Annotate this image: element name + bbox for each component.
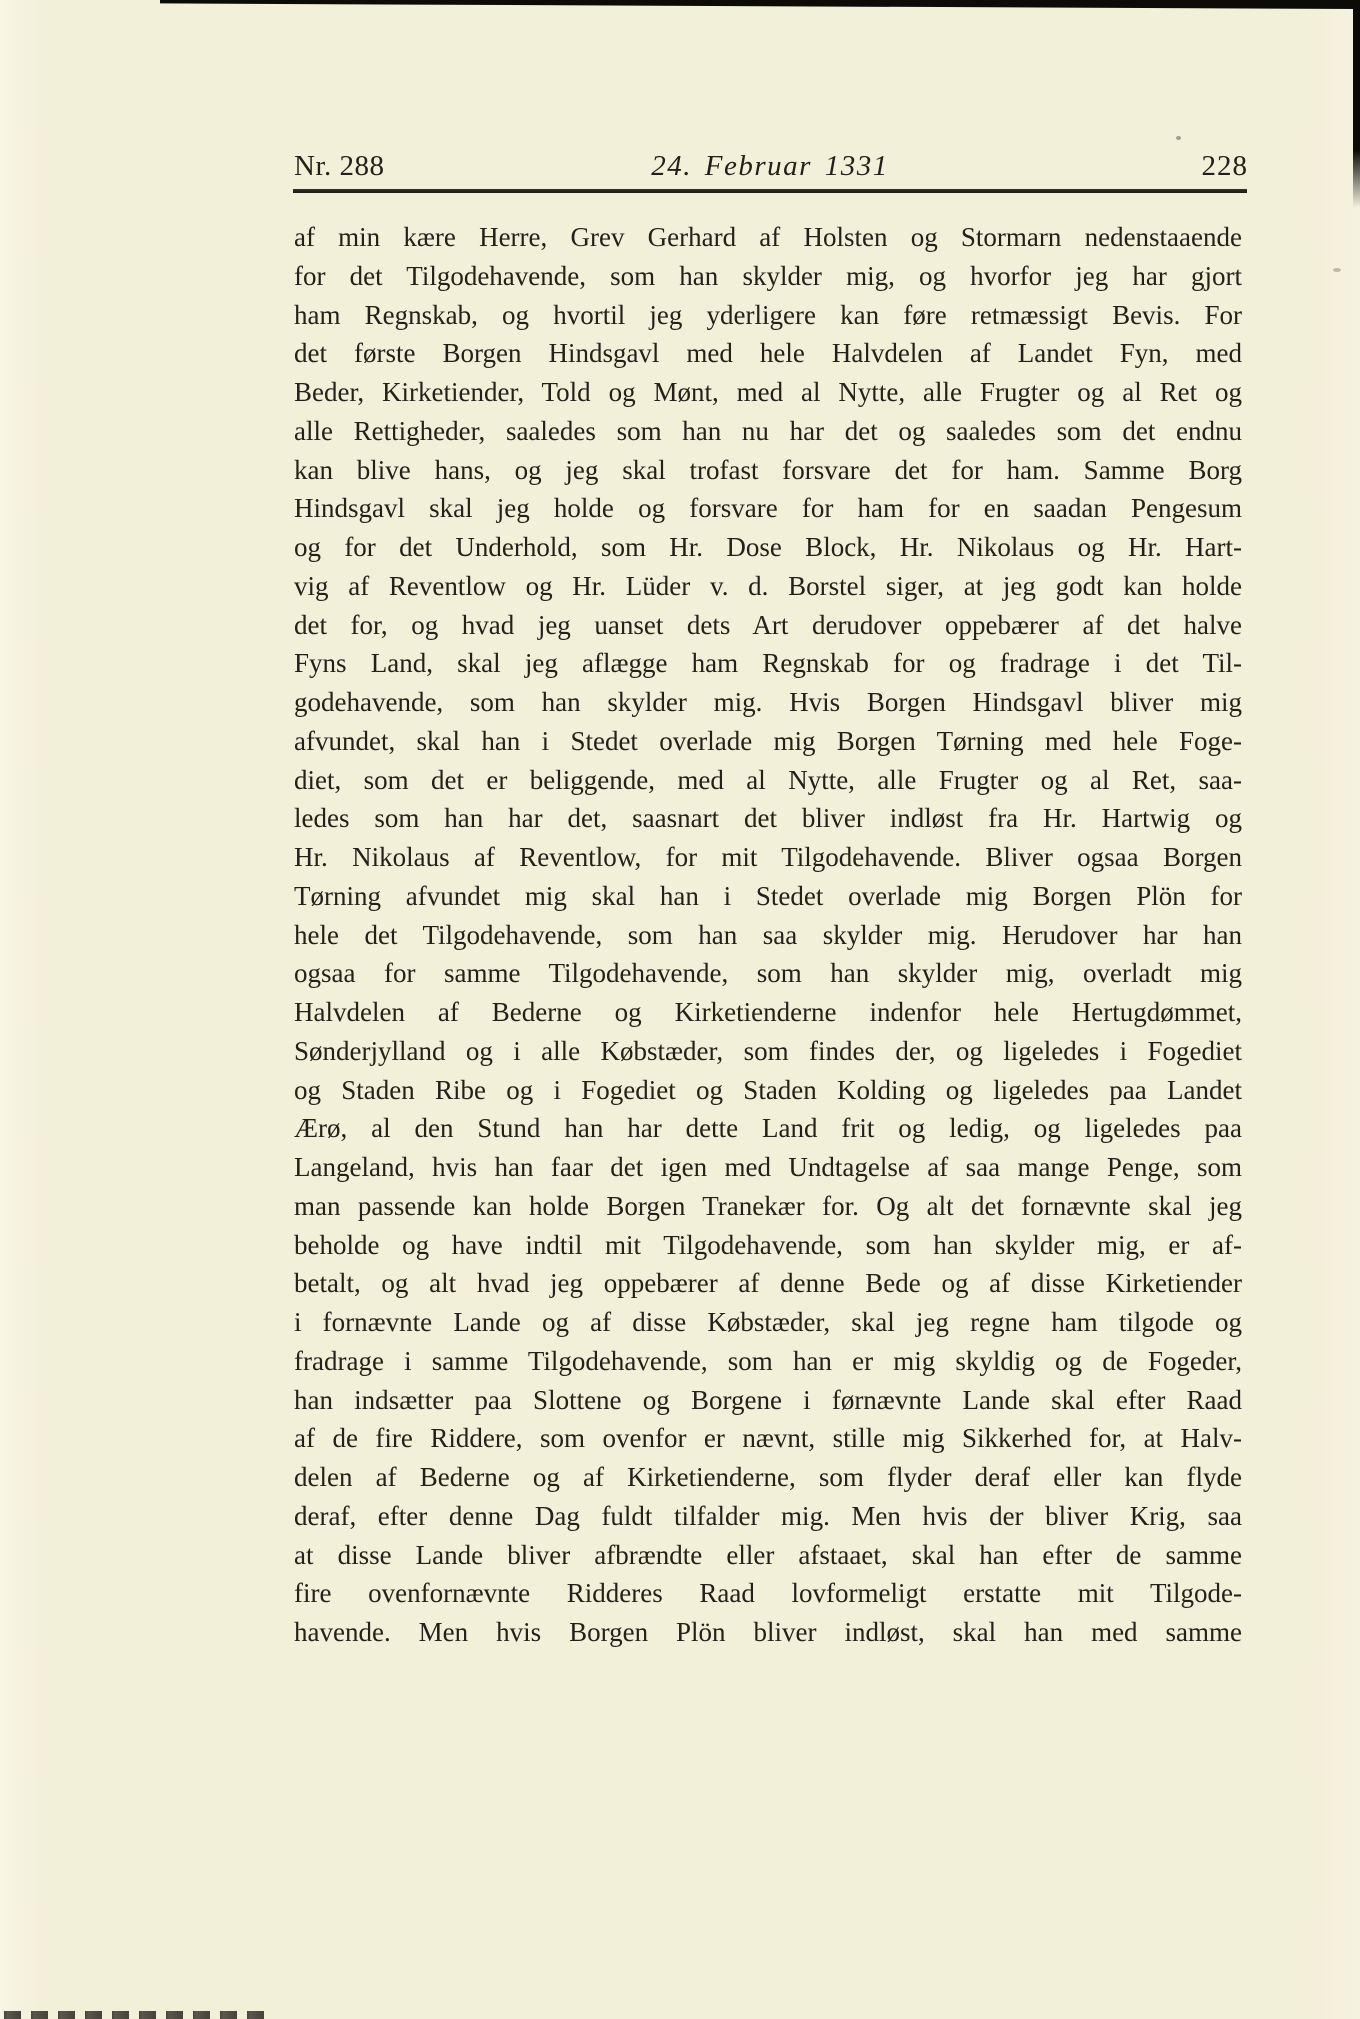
text-line: ledes som han har det, saasnart det bliv… [294,799,1242,838]
scan-edge-top-right [1353,0,1360,208]
text-line: afvundet, skal han i Stedet overlade mig… [294,722,1242,761]
document-body: af min kære Herre, Grev Gerhard af Holst… [294,218,1242,1652]
text-line: det første Borgen Hindsgavl med hele Hal… [294,334,1242,373]
text-line: Hr. Nikolaus af Reventlow, for mit Tilgo… [294,838,1242,877]
text-line: fire ovenfornævnte Ridderes Raad lovform… [294,1574,1242,1613]
text-line: kan blive hans, og jeg skal trofast fors… [294,451,1242,490]
text-line: Beder, Kirketiender, Told og Mønt, med a… [294,373,1242,412]
text-line: Halvdelen af Bederne og Kirketienderne i… [294,993,1242,1032]
text-line: i fornævnte Lande og af disse Købstæder,… [294,1303,1242,1342]
text-line: og Staden Ribe og i Fogediet og Staden K… [294,1071,1242,1110]
text-line: af de fire Riddere, som ovenfor er nævnt… [294,1419,1242,1458]
text-line: hele det Tilgodehavende, som han saa sky… [294,916,1242,955]
scan-edge-bottom-dashes [4,2011,272,2019]
scan-edge-top [160,0,1360,9]
text-line: af min kære Herre, Grev Gerhard af Holst… [294,218,1242,257]
scan-speck [1176,136,1181,140]
text-line: vig af Reventlow og Hr. Lüder v. d. Bors… [294,567,1242,606]
text-line: beholde og have indtil mit Tilgodehavend… [294,1226,1242,1265]
page-number: 228 [1202,149,1249,183]
text-line: og for det Underhold, som Hr. Dose Block… [294,528,1242,567]
text-line: havende. Men hvis Borgen Plön bliver ind… [294,1613,1242,1652]
book-page-scan: Nr. 288 24. Februar 1331 228 af min kære… [0,0,1360,2019]
text-line: Sønderjylland og i alle Købstæder, som f… [294,1032,1242,1071]
text-line: betalt, og alt hvad jeg oppebærer af den… [294,1264,1242,1303]
text-line: man passende kan holde Borgen Tranekær f… [294,1187,1242,1226]
text-line: ogsaa for samme Tilgodehavende, som han … [294,954,1242,993]
text-line: deraf, efter denne Dag fuldt tilfalder m… [294,1497,1242,1536]
text-line: alle Rettigheder, saaledes som han nu ha… [294,412,1242,451]
text-line: Tørning afvundet mig skal han i Stedet o… [294,877,1242,916]
text-line: diet, som det er beliggende, med al Nytt… [294,761,1242,800]
text-line: Hindsgavl skal jeg holde og forsvare for… [294,489,1242,528]
text-line: delen af Bederne og af Kirketienderne, s… [294,1458,1242,1497]
text-line: ham Regnskab, og hvortil jeg yderligere … [294,296,1242,335]
header-date: 24. Februar 1331 [292,149,1248,183]
text-line: Langeland, hvis han faar det igen med Un… [294,1148,1242,1187]
text-line: at disse Lande bliver afbrændte eller af… [294,1536,1242,1575]
text-line: fradrage i samme Tilgodehavende, som han… [294,1342,1242,1381]
text-line: han indsætter paa Slottene og Borgene i … [294,1381,1242,1420]
header-rule [293,189,1247,193]
page-header: Nr. 288 24. Februar 1331 228 [292,149,1248,183]
text-line: Ærø, al den Stund han har dette Land fri… [294,1109,1242,1148]
text-line: for det Tilgodehavende, som han skylder … [294,257,1242,296]
text-line: det for, og hvad jeg uanset dets Art der… [294,606,1242,645]
scan-speck [1333,268,1341,272]
text-line: Fyns Land, skal jeg aflægge ham Regnskab… [294,644,1242,683]
text-line: godehavende, som han skylder mig. Hvis B… [294,683,1242,722]
